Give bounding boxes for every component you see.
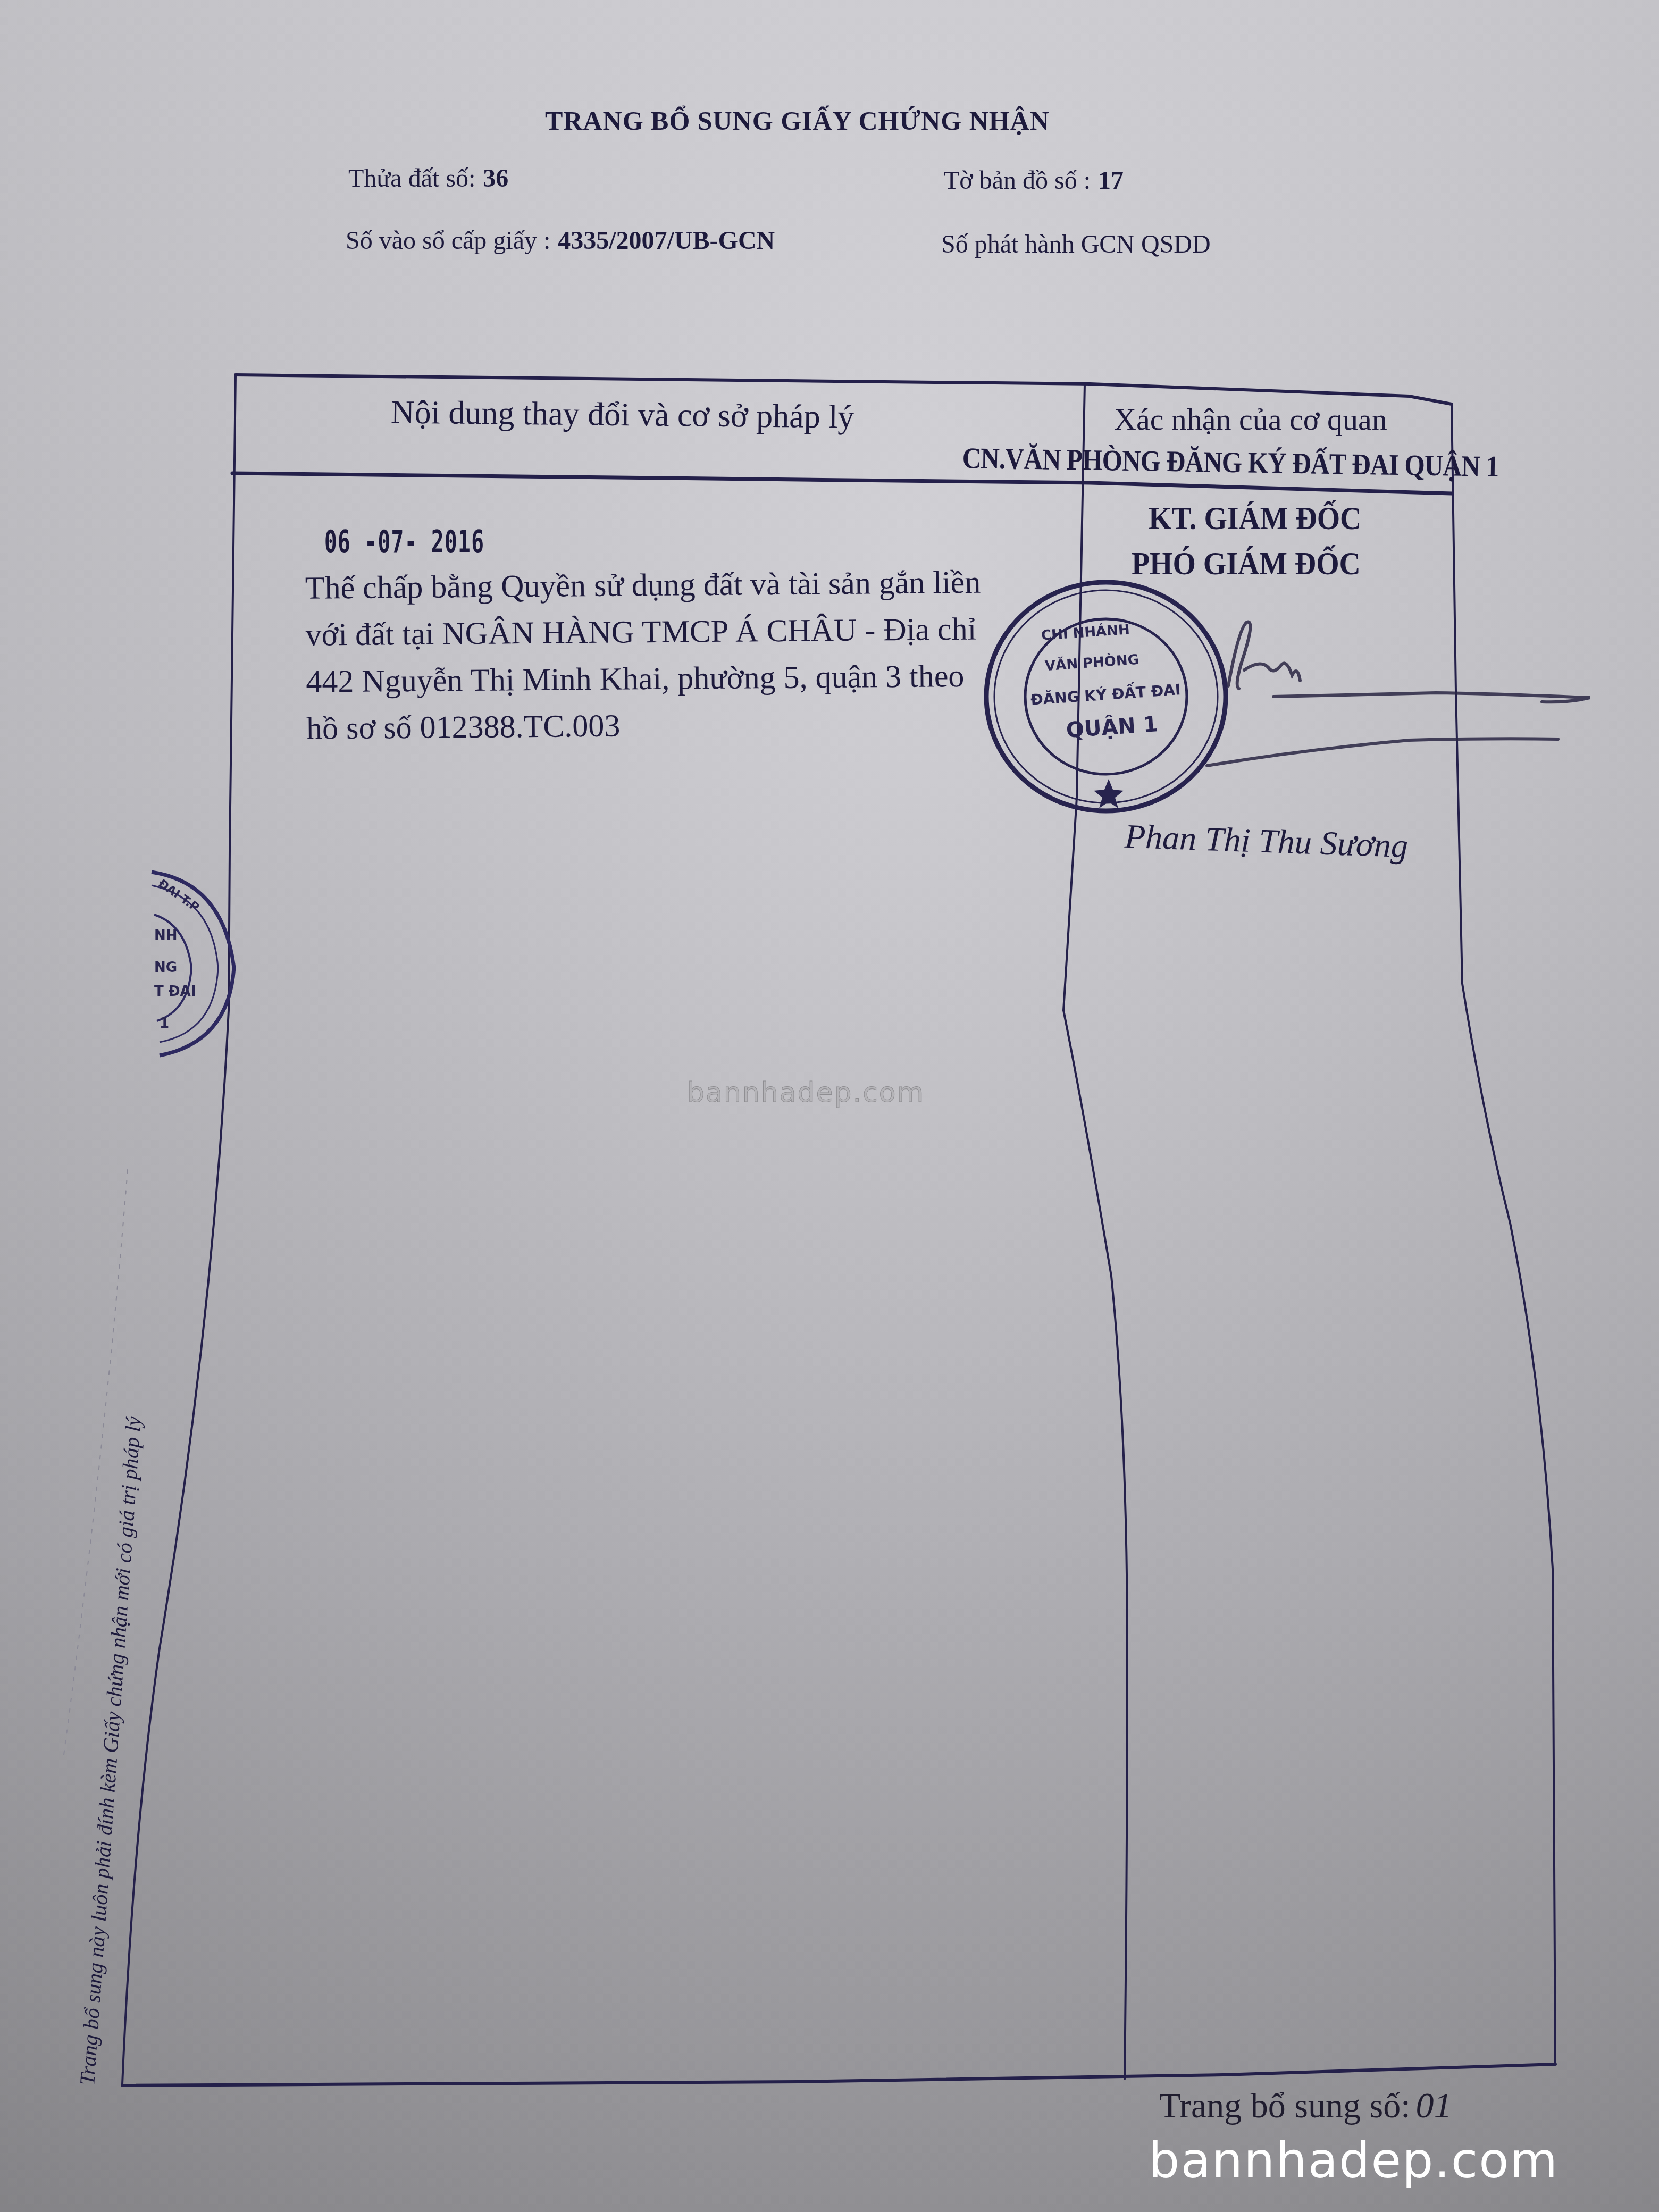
entry-content: Thế chấp bằng Quyền sử dụng đất và tài s… [305,557,1125,751]
entry-line: Thế chấp bằng Quyền sử dụng đất và tài s… [305,557,1124,611]
parcel-number-value: 36 [483,164,508,192]
seam-stamp-fragment: T ĐAI [154,984,196,1000]
map-sheet-value: 17 [1098,166,1124,195]
register-number-label: Số vào sổ cấp giấy : [346,227,550,255]
map-sheet-number: Tờ bản đồ số :17 [944,166,1124,195]
seam-stamp-fragment: 1 [160,1016,169,1032]
register-number: Số vào sổ cấp giấy :4335/2007/UB-GCN [346,226,775,255]
column-header-confirmation: Xác nhận của cơ quan [1114,401,1387,437]
entry-line: với đất tại NGÂN HÀNG TMCP Á CHÂU - Địa … [305,604,1125,658]
entry-line: hồ sơ số 012388.TC.003 [306,698,1126,751]
entry-line: 442 Nguyễn Thị Minh Khai, phường 5, quận… [306,651,1125,705]
watermark-center: bannhadep.com [687,1077,925,1109]
issue-number: Số phát hành GCN QSDD [941,230,1218,259]
seam-stamp-fragment: NG [154,960,177,976]
entry-date: 06 -07- 2016 [324,524,484,560]
parcel-number: Thửa đất số:36 [348,164,508,193]
seam-stamp-fragment: NH [154,928,178,944]
map-sheet-label: Tờ bản đồ số : [944,166,1091,195]
issue-number-label: Số phát hành GCN QSDD [941,230,1211,258]
supplement-page-value: 01 [1415,2085,1452,2125]
supplement-page-number: Trang bổ sung số:01 [1159,2084,1452,2126]
register-number-value: 4335/2007/UB-GCN [558,227,775,255]
column-header-content: Nội dung thay đổi và cơ sở pháp lý [391,393,854,436]
parcel-number-label: Thửa đất số: [348,164,475,192]
signer-role-line-2: PHÓ GIÁM ĐỐC [1132,545,1361,583]
supplement-page-label: Trang bổ sung số: [1159,2087,1410,2125]
watermark-corner: bannhadep.com [1149,2132,1559,2189]
page-title: TRANG BỔ SUNG GIẤY CHỨNG NHẬN [545,105,1050,136]
signer-role-line-1: KT. GIÁM ĐỐC [1149,500,1361,538]
